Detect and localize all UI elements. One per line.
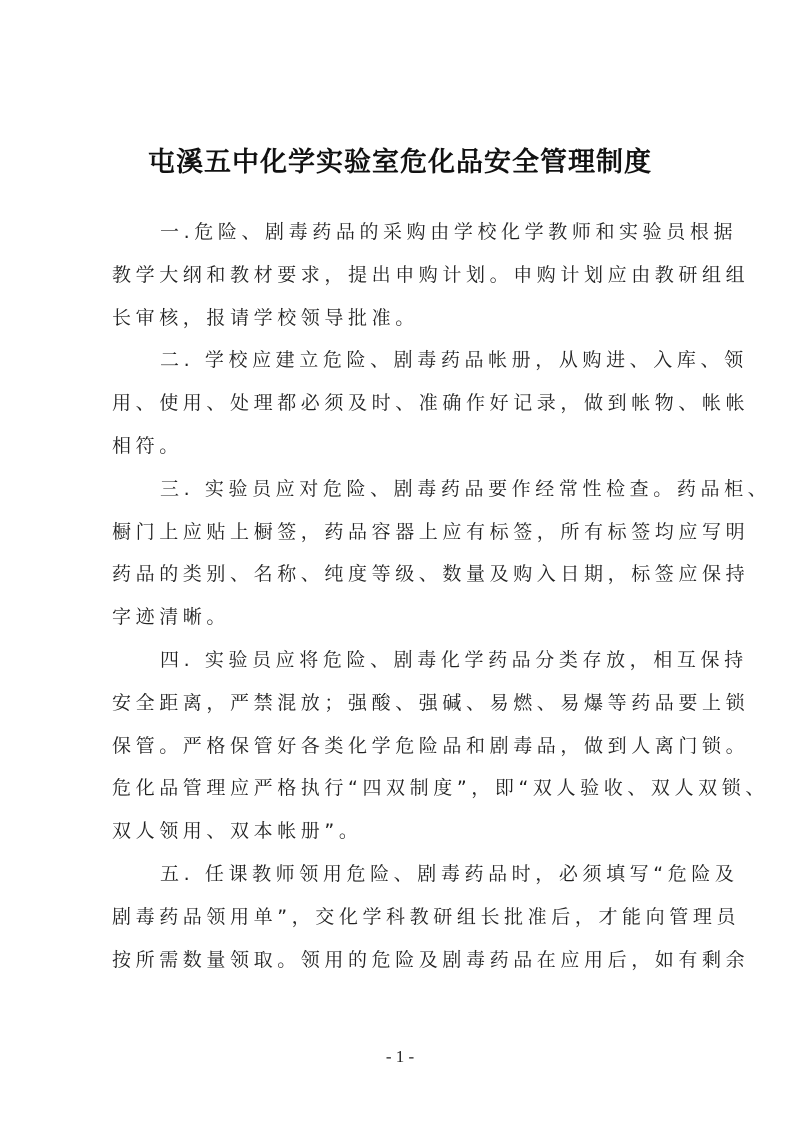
text-line: 二. 学校应建立危险、剧毒药品帐册，从购进、入库、领 — [112, 339, 690, 382]
text-line: 保管。严格保管好各类化学危险品和剧毒品，做到人离门锁。 — [112, 725, 690, 768]
document-title: 屯溪五中化学实验室危化品安全管理制度 — [0, 146, 800, 180]
page-number: - 1 - — [0, 1047, 800, 1067]
text-line: 一.危险、剧毒药品的采购由学校化学教师和实验员根据 — [112, 211, 690, 254]
paragraph-5: 五. 任课教师领用危险、剧毒药品时，必须填写“危险及 剧毒药品领用单”，交化学科… — [112, 853, 690, 981]
text-line: 药品的类别、名称、纯度等级、数量及购入日期，标签应保持 — [112, 553, 690, 596]
text-line: 教学大纲和教材要求，提出申购计划。申购计划应由教研组组 — [112, 254, 690, 297]
text-line: 用、使用、处理都必须及时、准确作好记录，做到帐物、帐帐 — [112, 382, 690, 425]
text-line: 字迹清晰。 — [112, 596, 690, 639]
paragraph-1: 一.危险、剧毒药品的采购由学校化学教师和实验员根据 教学大纲和教材要求，提出申购… — [112, 211, 690, 339]
text-line: 危化品管理应严格执行“四双制度”，即“双人验收、双人双锁、 — [112, 767, 690, 810]
text-line: 四. 实验员应将危险、剧毒化学药品分类存放，相互保持 — [112, 639, 690, 682]
text-line: 相符。 — [112, 425, 690, 468]
text-line: 橱门上应贴上橱签，药品容器上应有标签，所有标签均应写明 — [112, 511, 690, 554]
paragraph-2: 二. 学校应建立危险、剧毒药品帐册，从购进、入库、领 用、使用、处理都必须及时、… — [112, 339, 690, 467]
document-body: 一.危险、剧毒药品的采购由学校化学教师和实验员根据 教学大纲和教材要求，提出申购… — [112, 211, 690, 981]
document-page: 屯溪五中化学实验室危化品安全管理制度 一.危险、剧毒药品的采购由学校化学教师和实… — [0, 0, 800, 1132]
paragraph-4: 四. 实验员应将危险、剧毒化学药品分类存放，相互保持 安全距离，严禁混放；强酸、… — [112, 639, 690, 853]
text-line: 五. 任课教师领用危险、剧毒药品时，必须填写“危险及 — [112, 853, 690, 896]
text-line: 剧毒药品领用单”，交化学科教研组长批准后，才能向管理员 — [112, 896, 690, 939]
text-line: 三. 实验员应对危险、剧毒药品要作经常性检查。药品柜、 — [112, 468, 690, 511]
text-line: 安全距离，严禁混放；强酸、强碱、易燃、易爆等药品要上锁 — [112, 682, 690, 725]
text-line: 双人领用、双本帐册”。 — [112, 810, 690, 853]
text-line: 按所需数量领取。领用的危险及剧毒药品在应用后，如有剩余 — [112, 939, 690, 982]
text-line: 长审核，报请学校领导批准。 — [112, 297, 690, 340]
paragraph-3: 三. 实验员应对危险、剧毒药品要作经常性检查。药品柜、 橱门上应贴上橱签，药品容… — [112, 468, 690, 639]
